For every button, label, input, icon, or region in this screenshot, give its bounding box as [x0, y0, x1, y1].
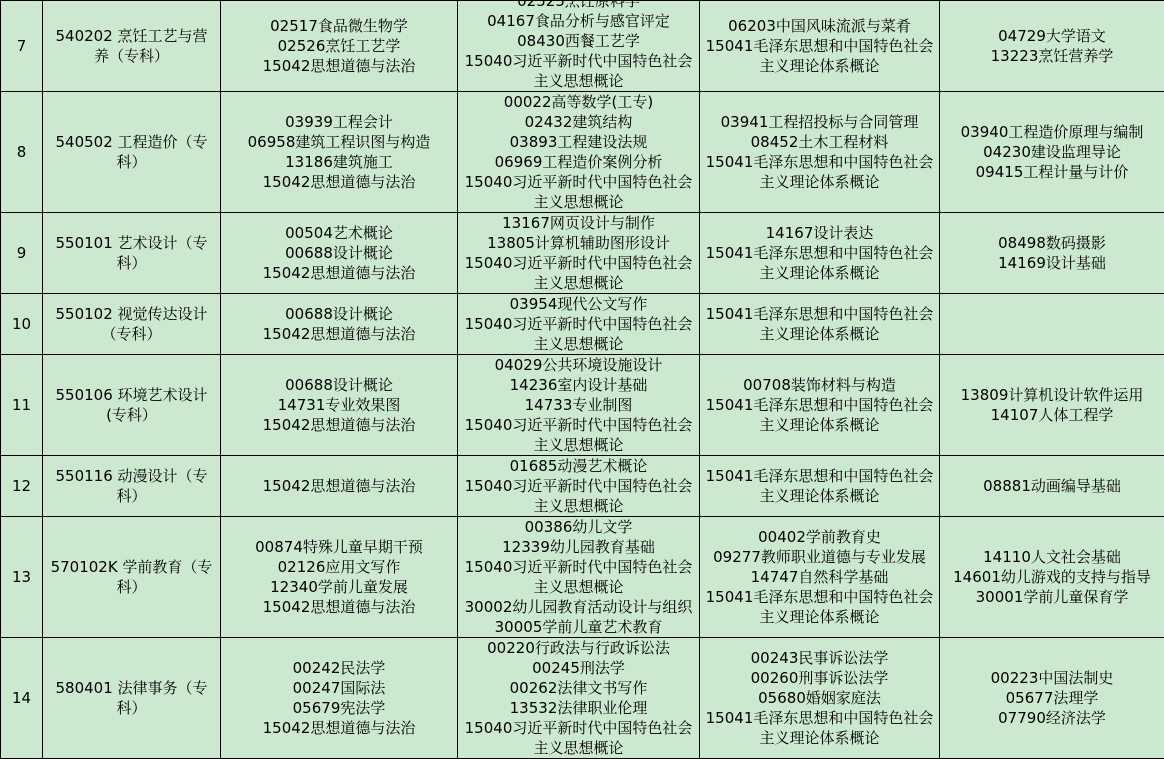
table-row: 14580401 法律事务（专科）00242民法学00247国际法05679宪法…	[1, 638, 1164, 745]
course-item: 04729大学语文	[998, 26, 1106, 46]
course-list-cell-4: 04729大学语文13223烹饪营养学	[940, 1, 1164, 92]
course-item: 15040习近平新时代中国特色社会主义思想概论	[460, 557, 698, 597]
course-item: 14731专业效果图	[278, 395, 401, 415]
course-item: 15041毛泽东思想和中国特色社会主义理论体系概论	[706, 708, 934, 744]
course-item: 15041毛泽东思想和中国特色社会主义理论体系概论	[706, 587, 934, 627]
major-name: 540502 工程造价（专科）	[43, 132, 220, 172]
course-item: 15040习近平新时代中国特色社会主义思想概论	[460, 415, 698, 455]
course-item: 13532法律职业伦理	[510, 698, 648, 718]
course-item: 15042思想道德与法治	[263, 597, 416, 617]
course-item: 00688设计概论	[285, 304, 393, 324]
major-name: 570102K 学前教育（专科）	[43, 557, 220, 597]
major-cell: 580401 法律事务（专科）	[43, 638, 221, 745]
course-item: 07790经济法学	[998, 708, 1106, 728]
course-item: 15041毛泽东思想和中国特色社会主义理论体系概论	[706, 243, 934, 283]
course-item: 15041毛泽东思想和中国特色社会主义理论体系概论	[706, 304, 934, 344]
major-cell: 540502 工程造价（专科）	[43, 92, 221, 213]
course-item: 05677法理学	[1006, 688, 1099, 708]
course-item: 09415工程计量与计价	[976, 162, 1129, 182]
course-item: 01685动漫艺术概论	[510, 456, 648, 476]
course-item: 13167网页设计与制作	[502, 213, 655, 233]
course-item: 12340学前儿童发展	[270, 577, 408, 597]
course-item: 30005学前儿童艺术教育	[495, 617, 663, 637]
course-item: 03893工程建设法规	[510, 132, 648, 152]
major-name: 550101 艺术设计（专科）	[43, 233, 220, 273]
course-item: 15042思想道德与法治	[263, 718, 416, 738]
course-item: 02517食品微生物学	[270, 16, 408, 36]
major-name: 550116 动漫设计（专科）	[43, 466, 220, 506]
table-row: 12550116 动漫设计（专科）15042思想道德与法治01685动漫艺术概论…	[1, 456, 1164, 517]
major-name: 540202 烹饪工艺与营养（专科）	[43, 26, 220, 66]
course-list-cell-1: 15042思想道德与法治	[221, 456, 458, 517]
course-list-cell-4: 03940工程造价原理与编制04230建设监理导论09415工程计量与计价	[940, 92, 1164, 213]
course-item: 00386幼儿文学	[525, 517, 633, 537]
major-cell: 550116 动漫设计（专科）	[43, 456, 221, 517]
course-item: 14110人文社会基础	[983, 547, 1121, 567]
course-item: 00243民事诉讼法学	[751, 648, 889, 668]
course-list-cell-2: 00022高等数学(工专)02432建筑结构03893工程建设法规06969工程…	[458, 92, 700, 213]
course-item: 04230建设监理导论	[983, 142, 1121, 162]
course-item: 15041毛泽东思想和中国特色社会主义理论体系概论	[706, 36, 934, 76]
major-cell: 550102 视觉传达设计（专科）	[43, 294, 221, 355]
course-item: 03940工程造价原理与编制	[961, 122, 1144, 142]
table-row: 9550101 艺术设计（专科）00504艺术概论00688设计概论15042思…	[1, 213, 1164, 294]
course-item: 13223烹饪营养学	[991, 46, 1114, 66]
course-list-cell-1: 00688设计概论14731专业效果图15042思想道德与法治	[221, 355, 458, 456]
course-item: 02432建筑结构	[525, 112, 633, 132]
course-item: 00245刑法学	[532, 658, 625, 678]
course-list-cell-3: 06203中国风味流派与菜肴15041毛泽东思想和中国特色社会主义理论体系概论	[700, 1, 940, 92]
course-item: 15041毛泽东思想和中国特色社会主义理论体系概论	[706, 395, 934, 435]
course-item: 00022高等数学(工专)	[504, 92, 653, 112]
course-item: 15040习近平新时代中国特色社会主义思想概论	[460, 476, 698, 516]
course-item: 15041毛泽东思想和中国特色社会主义理论体系概论	[706, 466, 934, 506]
course-item: 14733专业制图	[525, 395, 633, 415]
course-item: 00874特殊儿童早期干预	[255, 537, 423, 557]
course-list-cell-3: 00243民事诉讼法学00260刑事诉讼法学05680婚姻家庭法15041毛泽东…	[700, 638, 940, 745]
course-item: 00688设计概论	[285, 375, 393, 395]
course-item: 15040习近平新时代中国特色社会主义思想概论	[460, 172, 698, 212]
course-list-cell-4: 14110人文社会基础14601幼儿游戏的支持与指导30001学前儿童保育学	[940, 517, 1164, 638]
course-list-cell-1: 03939工程会计06958建筑工程识图与构造13186建筑施工15042思想道…	[221, 92, 458, 213]
row-number-cell: 10	[1, 294, 43, 355]
course-item: 12339幼儿园教育基础	[502, 537, 655, 557]
course-item: 08881动画编导基础	[983, 476, 1121, 496]
course-item: 02525烹饪原料学	[517, 1, 640, 12]
course-item: 00688设计概论	[285, 243, 393, 263]
table-row: 10550102 视觉传达设计（专科）00688设计概论15042思想道德与法治…	[1, 294, 1164, 355]
course-item: 00247国际法	[293, 678, 386, 698]
course-item: 14107人体工程学	[991, 405, 1114, 425]
course-item: 03939工程会计	[285, 112, 393, 132]
course-list-cell-2: 13167网页设计与制作13805计算机辅助图形设计15040习近平新时代中国特…	[458, 213, 700, 294]
table-row: 8540502 工程造价（专科）03939工程会计06958建筑工程识图与构造1…	[1, 92, 1164, 213]
course-item: 04167食品分析与感官评定	[487, 11, 670, 31]
course-item: 06969工程造价案例分析	[495, 152, 663, 172]
course-item: 08452土木工程材料	[751, 132, 889, 152]
row-number-cell: 9	[1, 213, 43, 294]
course-list-cell-3: 15041毛泽东思想和中国特色社会主义理论体系概论	[700, 294, 940, 355]
course-item: 00708装饰材料与构造	[743, 375, 896, 395]
course-item: 00242民法学	[293, 658, 386, 678]
course-item: 03954现代公文写作	[510, 294, 648, 314]
course-item: 15042思想道德与法治	[263, 56, 416, 76]
course-item: 15042思想道德与法治	[263, 324, 416, 344]
course-item: 06958建筑工程识图与构造	[248, 132, 431, 152]
course-item: 15040习近平新时代中国特色社会主义思想概论	[460, 253, 698, 293]
major-cell: 550101 艺术设计（专科）	[43, 213, 221, 294]
course-list-cell-3: 00708装饰材料与构造15041毛泽东思想和中国特色社会主义理论体系概论	[700, 355, 940, 456]
major-name: 580401 法律事务（专科）	[43, 678, 220, 718]
course-item: 15040习近平新时代中国特色社会主义思想概论	[460, 314, 698, 354]
major-cell: 550106 环境艺术设计(专科）	[43, 355, 221, 456]
course-item: 13186建筑施工	[285, 152, 393, 172]
major-cell: 540202 烹饪工艺与营养（专科）	[43, 1, 221, 92]
course-item: 15040习近平新时代中国特色社会主义思想概论	[460, 718, 698, 744]
table-row: 13570102K 学前教育（专科）00874特殊儿童早期干预02126应用文写…	[1, 517, 1164, 638]
course-item: 15042思想道德与法治	[263, 172, 416, 192]
course-item: 14169设计基础	[998, 253, 1106, 273]
course-item: 00402学前教育史	[758, 527, 881, 547]
course-item: 15042思想道德与法治	[263, 263, 416, 283]
course-item: 03941工程招投标与合同管理	[721, 112, 919, 132]
course-item: 00262法律文书写作	[510, 678, 648, 698]
course-list-cell-4	[940, 294, 1164, 355]
course-list-cell-1: 00242民法学00247国际法05679宪法学15042思想道德与法治	[221, 638, 458, 745]
row-number-cell: 7	[1, 1, 43, 92]
row-number-cell: 12	[1, 456, 43, 517]
course-list-cell-2: 03954现代公文写作15040习近平新时代中国特色社会主义思想概论	[458, 294, 700, 355]
course-item: 14236室内设计基础	[510, 375, 648, 395]
row-number-cell: 14	[1, 638, 43, 745]
course-list-cell-2: 00220行政法与行政诉讼法00245刑法学00262法律文书写作13532法律…	[458, 638, 700, 745]
course-list-cell-1: 02517食品微生物学02526烹饪工艺学15042思想道德与法治	[221, 1, 458, 92]
course-list-cell-1: 00688设计概论15042思想道德与法治	[221, 294, 458, 355]
course-item: 13809计算机设计软件运用	[961, 385, 1144, 405]
course-item: 15042思想道德与法治	[263, 415, 416, 435]
course-list-cell-4: 13809计算机设计软件运用14107人体工程学	[940, 355, 1164, 456]
course-list-cell-2: 02525烹饪原料学04167食品分析与感官评定08430西餐工艺学15040习…	[458, 1, 700, 92]
course-list-cell-3: 03941工程招投标与合同管理08452土木工程材料15041毛泽东思想和中国特…	[700, 92, 940, 213]
course-list-cell-1: 00874特殊儿童早期干预02126应用文写作12340学前儿童发展15042思…	[221, 517, 458, 638]
course-list-cell-3: 15041毛泽东思想和中国特色社会主义理论体系概论	[700, 456, 940, 517]
course-item: 00260刑事诉讼法学	[751, 668, 889, 688]
course-item: 08430西餐工艺学	[517, 31, 640, 51]
course-item: 00504艺术概论	[285, 223, 393, 243]
course-item: 14167设计表达	[766, 223, 874, 243]
course-item: 09277教师职业道德与专业发展	[713, 547, 926, 567]
course-item: 00223中国法制史	[991, 668, 1114, 688]
course-list-cell-4: 08498数码摄影14169设计基础	[940, 213, 1164, 294]
course-item: 14601幼儿游戏的支持与指导	[953, 567, 1151, 587]
course-item: 05680婚姻家庭法	[758, 688, 881, 708]
major-name: 550106 环境艺术设计(专科）	[43, 385, 220, 425]
course-list-cell-3: 14167设计表达15041毛泽东思想和中国特色社会主义理论体系概论	[700, 213, 940, 294]
course-item: 02526烹饪工艺学	[278, 36, 401, 56]
row-number-cell: 11	[1, 355, 43, 456]
course-list-cell-2: 00386幼儿文学12339幼儿园教育基础15040习近平新时代中国特色社会主义…	[458, 517, 700, 638]
course-item: 08498数码摄影	[998, 233, 1106, 253]
course-item: 15040习近平新时代中国特色社会主义思想概论	[460, 51, 698, 91]
course-item: 04029公共环境设施设计	[495, 355, 663, 375]
course-item: 14747自然科学基础	[751, 567, 889, 587]
major-name: 550102 视觉传达设计（专科）	[43, 304, 220, 344]
course-item: 00220行政法与行政诉讼法	[487, 638, 670, 658]
row-number-cell: 8	[1, 92, 43, 213]
course-table: 7540202 烹饪工艺与营养（专科）02517食品微生物学02526烹饪工艺学…	[0, 0, 1164, 744]
course-item: 06203中国风味流派与菜肴	[728, 16, 911, 36]
course-list-cell-1: 00504艺术概论00688设计概论15042思想道德与法治	[221, 213, 458, 294]
course-item: 30001学前儿童保育学	[976, 587, 1129, 607]
course-item: 15041毛泽东思想和中国特色社会主义理论体系概论	[706, 152, 934, 192]
table-row: 11550106 环境艺术设计(专科）00688设计概论14731专业效果图15…	[1, 355, 1164, 456]
course-item: 05679宪法学	[293, 698, 386, 718]
course-item: 15042思想道德与法治	[263, 476, 416, 496]
course-item: 13805计算机辅助图形设计	[487, 233, 670, 253]
course-list-cell-2: 01685动漫艺术概论15040习近平新时代中国特色社会主义思想概论	[458, 456, 700, 517]
table-row: 7540202 烹饪工艺与营养（专科）02517食品微生物学02526烹饪工艺学…	[1, 1, 1164, 92]
course-list-cell-4: 08881动画编导基础	[940, 456, 1164, 517]
course-list-cell-4: 00223中国法制史05677法理学07790经济法学	[940, 638, 1164, 745]
course-item: 30002幼儿园教育活动设计与组织	[465, 597, 693, 617]
major-cell: 570102K 学前教育（专科）	[43, 517, 221, 638]
course-item: 02126应用文写作	[278, 557, 401, 577]
row-number-cell: 13	[1, 517, 43, 638]
course-list-cell-3: 00402学前教育史09277教师职业道德与专业发展14747自然科学基础150…	[700, 517, 940, 638]
course-table-body: 7540202 烹饪工艺与营养（专科）02517食品微生物学02526烹饪工艺学…	[1, 1, 1164, 745]
course-list-cell-2: 04029公共环境设施设计14236室内设计基础14733专业制图15040习近…	[458, 355, 700, 456]
